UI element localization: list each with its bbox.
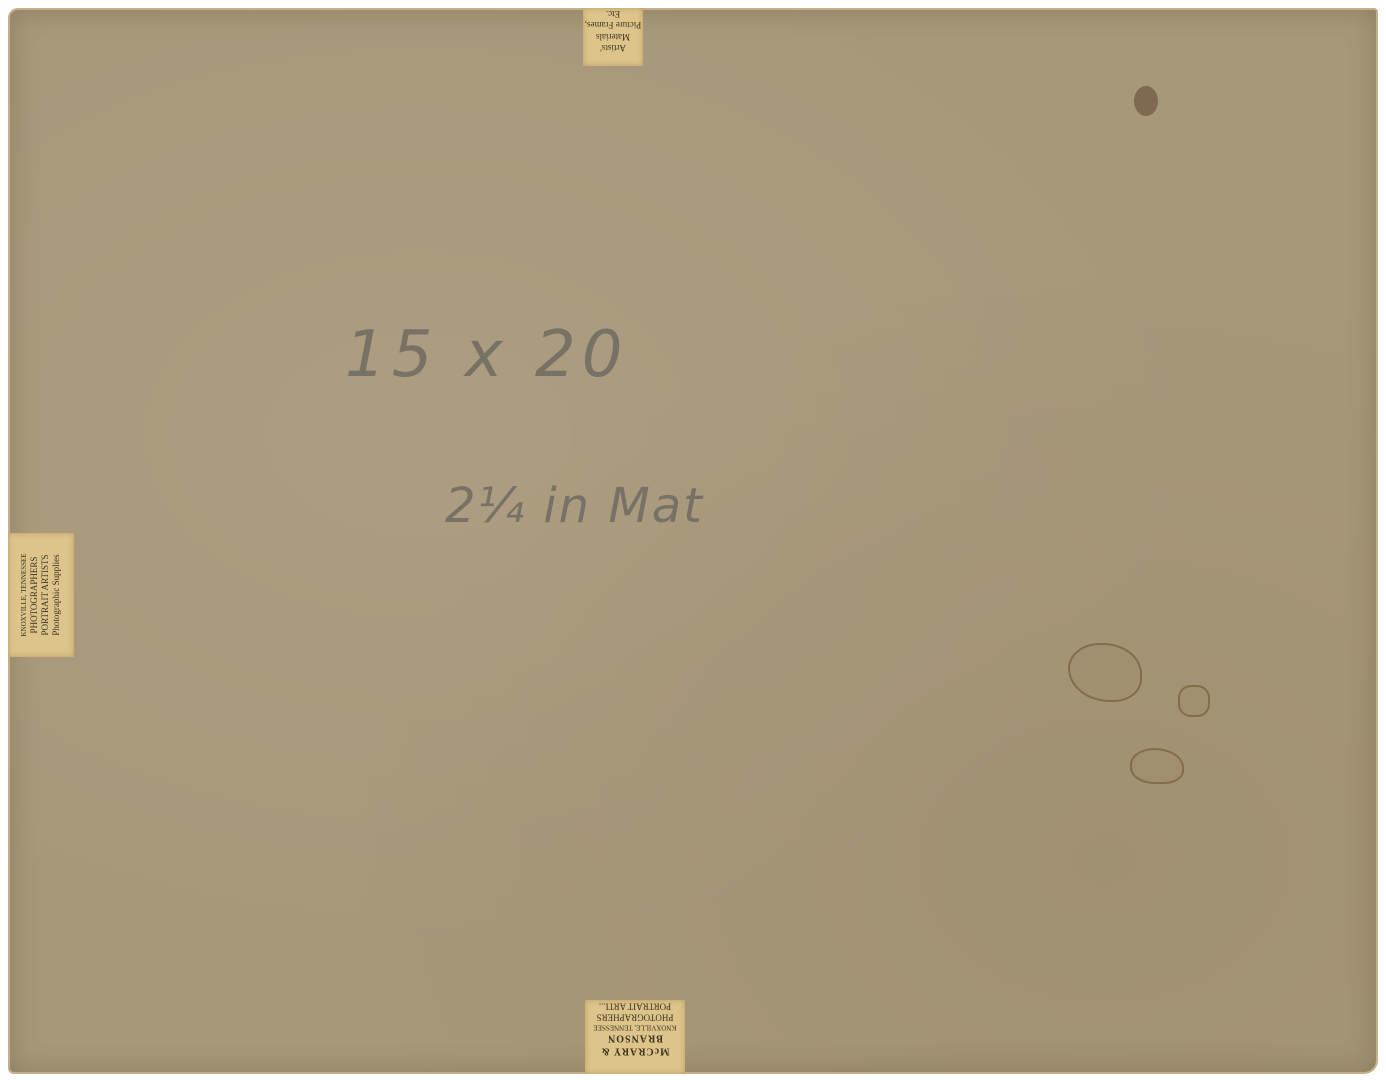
water-stain (1130, 748, 1184, 784)
left-label: KNOXVILLE, TENNESSEE PHOTOGRAPHERS PORTR… (8, 533, 74, 657)
left-label-line4: Photographic Supplies (51, 535, 62, 655)
pencil-mat-note: 2¼ in Mat (445, 478, 704, 534)
bottom-label-line3: PHOTOGRAPHERS (585, 1011, 685, 1022)
water-stain (1178, 685, 1210, 717)
left-label-line3: PORTRAIT ARTISTS (40, 535, 51, 655)
pencil-size-note: 15 x 20 (345, 318, 628, 392)
bottom-label-line4: PORTRAIT ARTI... (585, 1000, 685, 1011)
water-stain (1068, 643, 1142, 702)
top-label-line2: Picture Frames, Etc. (583, 8, 643, 31)
top-label: Artists' Materials Picture Frames, Etc. (583, 8, 643, 66)
top-label-line1: Artists' Materials (583, 31, 643, 54)
left-label-line2: PHOTOGRAPHERS (29, 535, 40, 655)
dark-spot (1134, 86, 1158, 116)
left-label-line1: KNOXVILLE, TENNESSEE (20, 535, 29, 655)
bottom-label-line2: KNOXVILLE, TENNESSEE (585, 1023, 685, 1032)
photo-board-back (8, 8, 1378, 1074)
bottom-label-line1: McCRARY & BRANSON (585, 1031, 685, 1056)
bottom-label: McCRARY & BRANSON KNOXVILLE, TENNESSEE P… (585, 1000, 685, 1074)
